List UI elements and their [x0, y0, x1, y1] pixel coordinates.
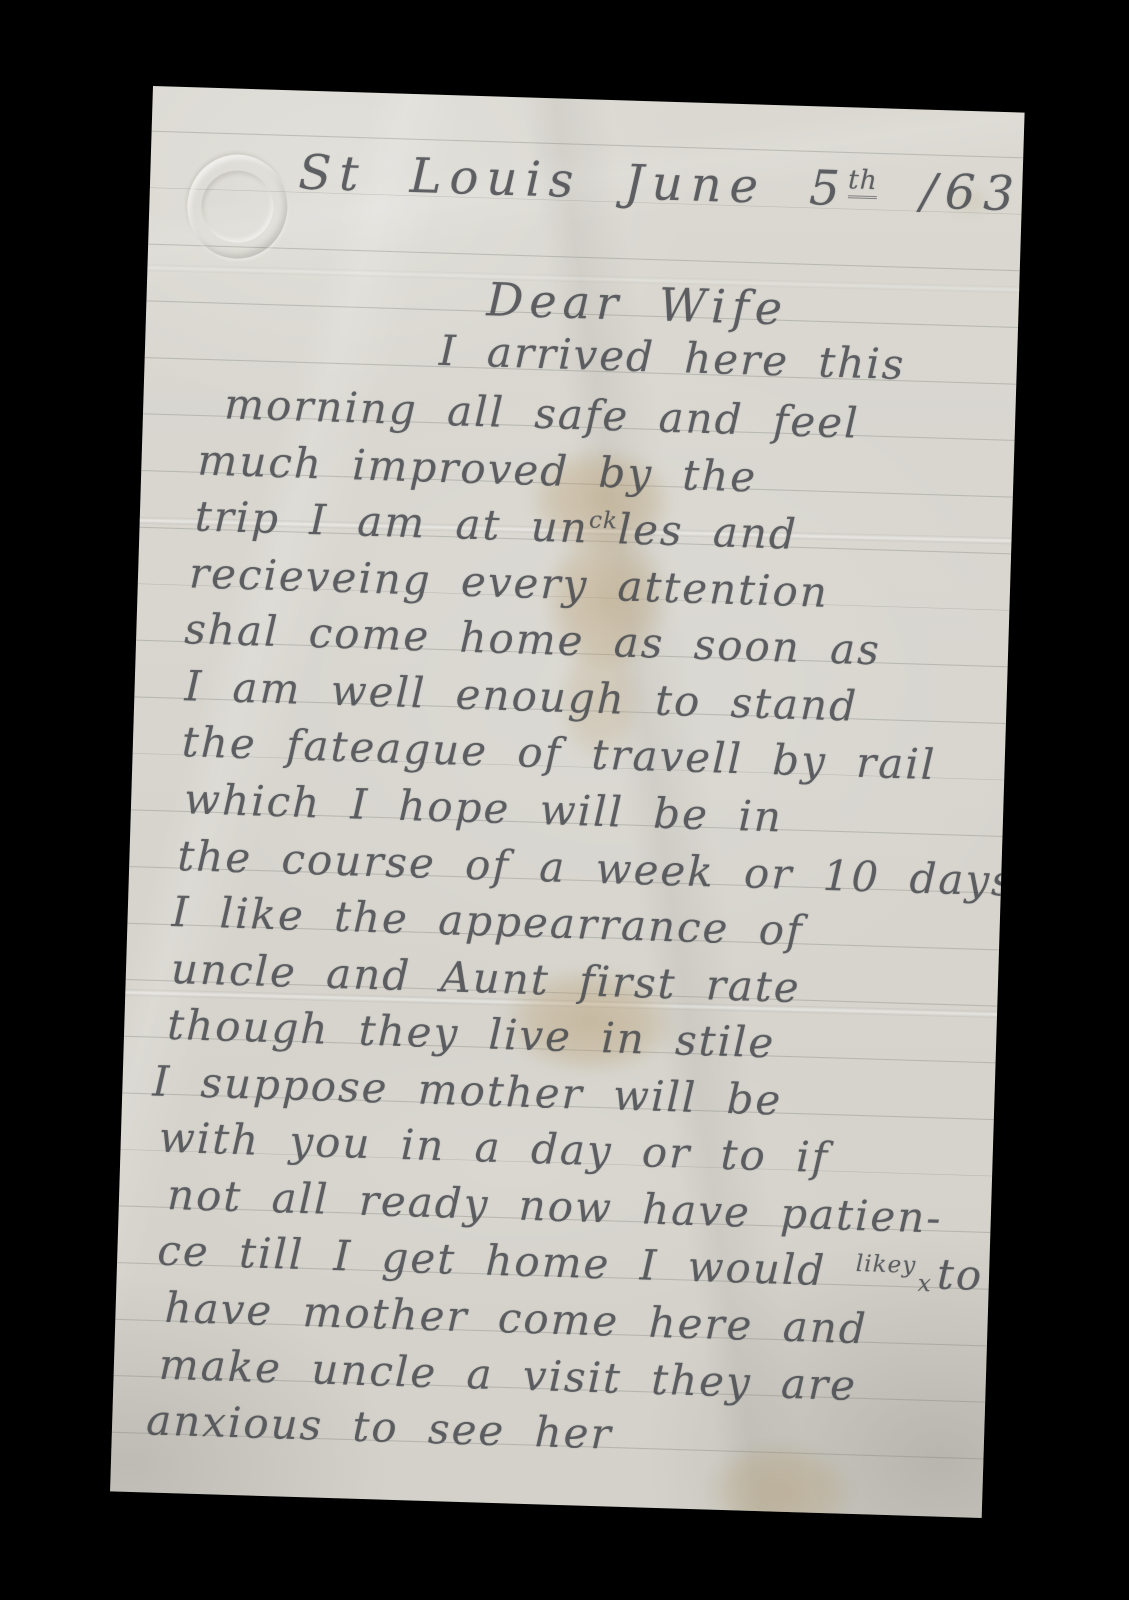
line-text: to	[936, 1250, 984, 1300]
dateline-year: /63	[920, 164, 1023, 223]
inserted-superscript: ck	[589, 508, 619, 535]
letter-salutation: Dear Wife	[486, 276, 789, 331]
insertion-caret-mark: x	[917, 1271, 933, 1297]
photo-background: St Louis June 5th /63 Dear Wife I arrive…	[0, 0, 1129, 1600]
line-text: les and	[617, 504, 799, 558]
letter-paper: St Louis June 5th /63 Dear Wife I arrive…	[110, 86, 1025, 1518]
inserted-word-superscript: likey	[855, 1251, 916, 1279]
dateline-ordinal-superscript: th	[848, 164, 879, 199]
